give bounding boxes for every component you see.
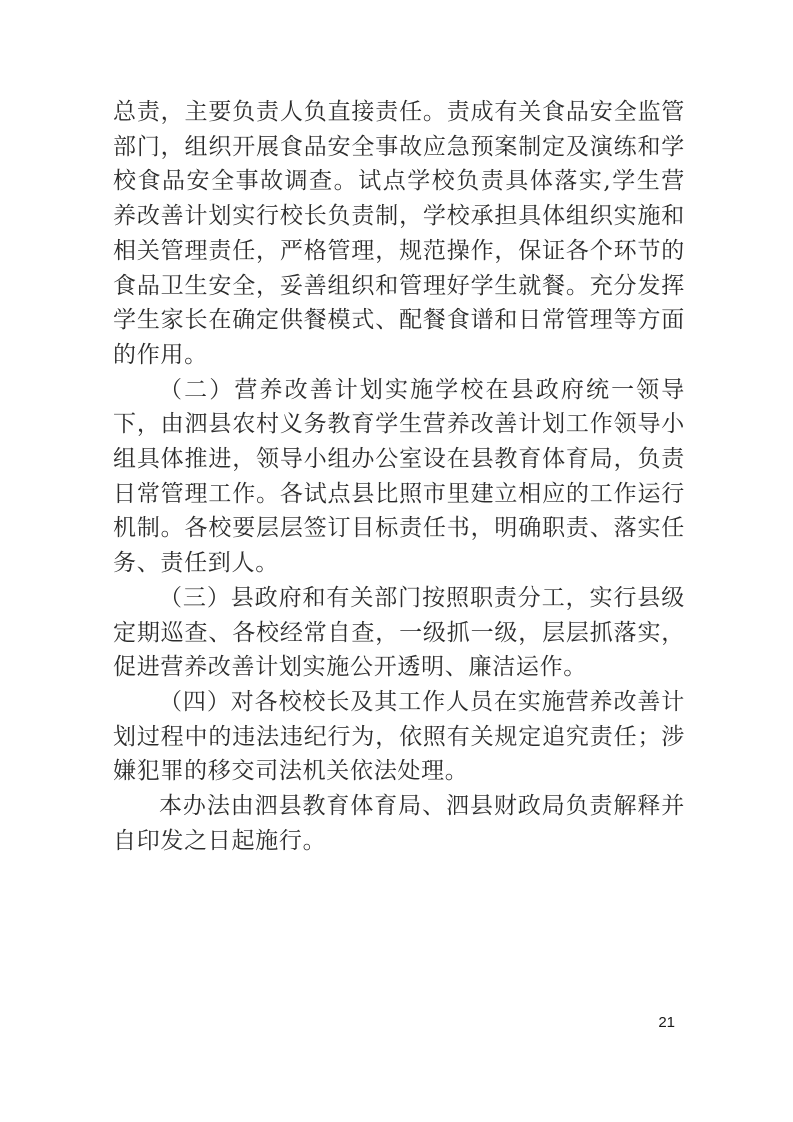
paragraph-item-4: （四）对各校校长及其工作人员在实施营养改善计划过程中的违法违纪行为，依照有关规定… bbox=[113, 685, 685, 789]
paragraph-continued: 总责，主要负责人负直接责任。责成有关食品安全监管部门，组织开展食品安全事故应急预… bbox=[113, 95, 685, 373]
page-number: 21 bbox=[658, 1014, 675, 1032]
document-body: 总责，主要负责人负直接责任。责成有关食品安全监管部门，组织开展食品安全事故应急预… bbox=[113, 95, 685, 858]
paragraph-item-3: （三）县政府和有关部门按照职责分工，实行县级定期巡查、各校经常自查，一级抓一级，… bbox=[113, 581, 685, 685]
paragraph-closing: 本办法由泗县教育体育局、泗县财政局负责解释并自印发之日起施行。 bbox=[113, 789, 685, 858]
paragraph-item-2: （二）营养改善计划实施学校在县政府统一领导下，由泗县农村义务教育学生营养改善计划… bbox=[113, 373, 685, 581]
document-page: 总责，主要负责人负直接责任。责成有关食品安全监管部门，组织开展食品安全事故应急预… bbox=[0, 0, 793, 1122]
